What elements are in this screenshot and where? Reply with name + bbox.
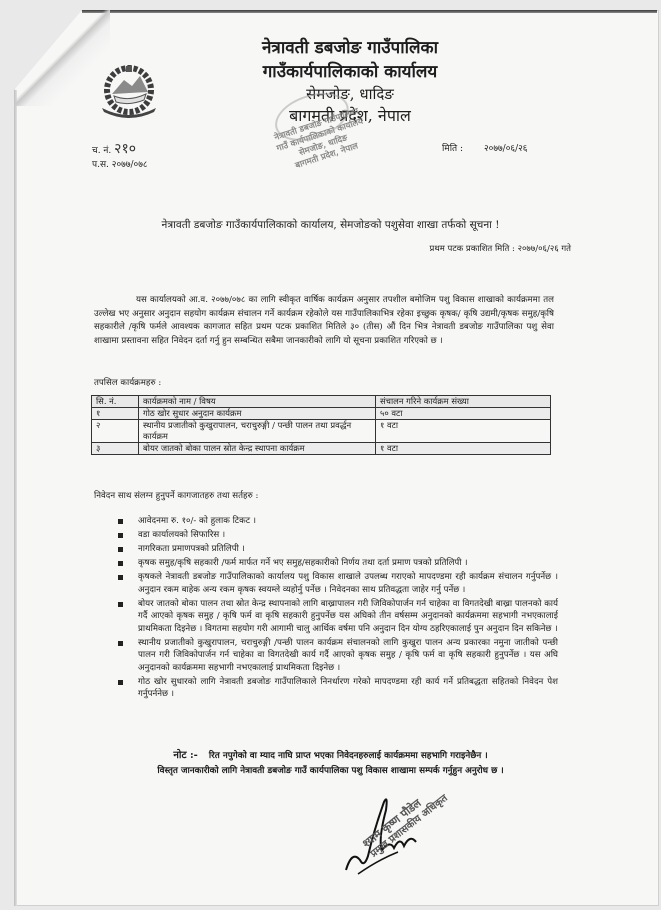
cell-program: स्थानीय प्रजातीको कुखुरापालन, चराचुरुङ्ग…: [139, 420, 376, 443]
cell-program: गोठ खोर सुधार अनुदान कार्यक्रम: [139, 408, 376, 420]
list-item: कृषकले नेत्रावती डबजोङ गाउँपालिकाको कार्…: [118, 571, 558, 596]
letter-no-label: च. नं.: [92, 146, 111, 156]
requirements-title: निवेदन साथ संलग्न हुनुपर्ने कागजातहरु तथ…: [94, 489, 258, 501]
note-line: नोट :- रित नपुगेको वा म्याद नाघि प्राप्त…: [0, 747, 661, 761]
notice-body: यस कार्यालयको आ.व. २०७७/०७८ का लागि स्वी…: [94, 294, 554, 348]
fiscal-year: २०७७/०७८: [112, 160, 148, 170]
cell-count: १ वटा: [376, 443, 551, 455]
cell-serial: २: [92, 420, 139, 443]
cell-serial: ३: [92, 443, 139, 455]
requirements-list: आवेदनमा रु. १०/- को हुलाक टिकट । वडा कार…: [118, 515, 558, 702]
list-item: नागरिकता प्रमाणपत्रको प्रतिलिपी ।: [118, 543, 558, 556]
programs-table: सि. नं. कार्यक्रमको नाम / विषय संचालन गर…: [91, 395, 551, 455]
note-label: नोट :-: [173, 750, 198, 761]
list-item: स्थानीय प्रजातीको कुखुरापालन, चराचुरुङ्ग…: [118, 637, 558, 675]
letter-no: २१०: [114, 141, 136, 157]
programs-list-title: तपसिल कार्यक्रमहरु :: [94, 376, 161, 388]
published-date: प्रथम पटक प्रकाशित मिति : २०७७/०६/२६ गते: [429, 243, 571, 254]
date-label: मिति :: [442, 144, 463, 154]
table-row: १ गोठ खोर सुधार अनुदान कार्यक्रम ५० वटा: [92, 408, 551, 420]
date-block: मिति : २०७७/०६/२६: [442, 141, 527, 154]
table-row: ३ बोयर जातको बोका पालन स्रोत केन्द्र स्थ…: [92, 443, 551, 455]
table-header-row: सि. नं. कार्यक्रमको नाम / विषय संचालन गर…: [92, 396, 551, 408]
cell-program: बोयर जातको बोका पालन स्रोत केन्द्र स्थाप…: [139, 443, 376, 455]
header-serial: सि. नं.: [92, 396, 139, 408]
contact-line: विस्तृत जानकारीको लागि नेत्रावती डबजोङ ग…: [0, 764, 661, 776]
cell-count: ५० वटा: [376, 408, 551, 420]
date-value: २०७७/०६/२६: [484, 144, 528, 154]
list-item: कृषक समुह/कृषि सहकारी /फर्म मार्फत गर्ने…: [118, 557, 558, 570]
header-program: कार्यक्रमको नाम / विषय: [139, 396, 376, 408]
table-row: २ स्थानीय प्रजातीको कुखुरापालन, चराचुरुङ…: [92, 420, 551, 443]
municipality-name: नेत्रावती डबजोङ गाउँपालिका: [150, 36, 550, 60]
list-item: बोयर जातको बोका पालन तथा स्रोत केन्द्र स…: [118, 598, 558, 636]
reference-block: च. नं. २१० प.स. २०७७/०७८: [92, 142, 148, 172]
notice-title: नेत्रावती डबजोङ गाउँकार्यपालिकाको कार्या…: [0, 218, 661, 232]
header-count: संचालन गरिने कार्यक्रम संख्या: [376, 396, 551, 408]
office-name: गाउँकार्यपालिकाको कार्यालय: [150, 60, 550, 84]
page-top-edge: [82, 10, 657, 13]
fiscal-year-label: प.स.: [92, 160, 109, 170]
list-item: वडा कार्यालयको सिफारिस ।: [118, 529, 558, 542]
cell-serial: १: [92, 408, 139, 420]
list-item: गोठ खोर सुधारको लागि नेत्रावती डबजोङ गाउ…: [118, 676, 558, 701]
note-text: रित नपुगेको वा म्याद नाघि प्राप्त भएका न…: [209, 751, 488, 761]
list-item: आवेदनमा रु. १०/- को हुलाक टिकट ।: [118, 515, 558, 528]
page-left-edge: [14, 90, 17, 906]
cell-count: १ वटा: [376, 420, 551, 443]
